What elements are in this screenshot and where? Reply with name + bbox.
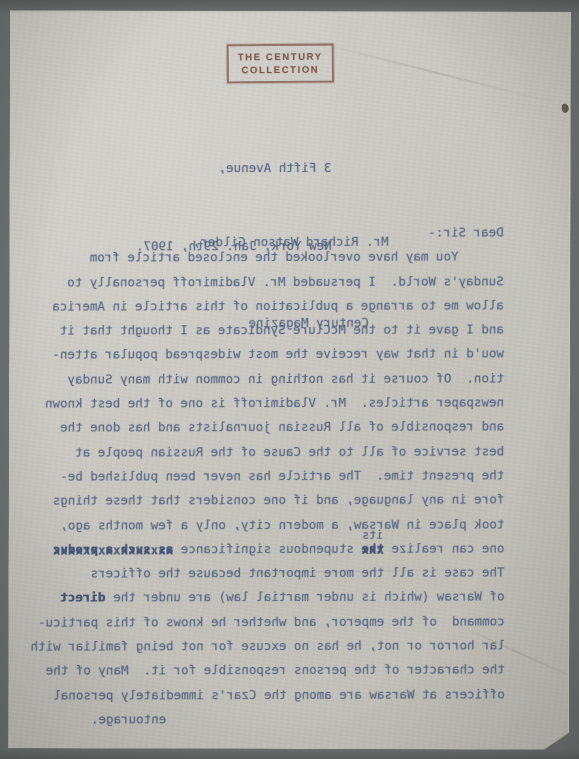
letter-line: allow me to arrange a publication of thi… [14,297,504,323]
typed-text: officers at Warsaw are among the Czar's … [53,686,505,702]
letter-body-lines: You may have overlooked the enclosed art… [14,249,505,736]
struck-text: theits [361,541,384,556]
letter-line: of Warsaw (which is under martial law) a… [15,589,505,615]
letter-paper: THE CENTURY COLLECTION 3 Fifth Avenue, N… [8,10,571,749]
letter-line: Sunday's World. I persuaded Mr. Vladimir… [14,273,504,299]
letter-line: and responsible of all Russian journalis… [14,419,504,445]
interlined-word: its [362,528,383,542]
letter-line: You may have overlooked the enclosed art… [14,249,504,275]
typed-text: one can realize [384,540,504,555]
typed-text: command of the emperor, and whether he k… [38,613,505,629]
typed-text: took place in Warsaw, a modern city, onl… [60,516,504,532]
typed-text: The case is all the more important becau… [91,565,505,581]
letter-line: command of the emperor, and whether he k… [15,613,505,639]
letter-line: and I gave it to the McClure Syndicate a… [14,322,504,348]
typed-text: lar horror or not, he has no excuse for … [31,637,505,653]
typed-text: of Warsaw (which is under martial law) a… [106,589,505,605]
letter-body: Dear Sir:- You may have overlooked the e… [14,224,505,736]
typed-text: You may have overlooked the enclosed art… [90,249,504,265]
typed-text: tion. Of course it has nothing in common… [67,370,504,386]
letter-line: took place in Warsaw, a modern city, onl… [14,516,504,542]
letter-line: one can realize theits stupendous signif… [14,540,504,566]
letter-line: lar horror or not, he has no excuse for … [15,637,505,663]
letter-line: wou'd in that way receive the most wides… [14,346,504,372]
typed-text: the present time. The article has never … [60,467,504,483]
letter-line: The case is all the more important becau… [14,565,504,591]
struck-text: as such a produc [53,541,173,556]
typed-text: and I gave it to the McClure Syndicate a… [60,322,504,338]
letter-line: the present time. The article has never … [14,467,504,493]
typed-text: allow me to arrange a publication of thi… [52,297,504,313]
typed-text: newspaper articles. Mr. Vladimiroff is o… [45,395,504,411]
mirrored-letter-content: 3 Fifth Avenue, New York, Jan. 29th, 190… [8,10,571,749]
typed-text: wou'd in that way receive the most wides… [52,346,504,362]
typed-text: Sunday's World. I persuaded Mr. Vladimir… [67,273,504,289]
typed-text: stupendous significance [173,541,361,556]
typed-text: fore in any language, and if one conside… [53,492,505,508]
letter-line: fore in any language, and if one conside… [14,492,504,518]
photo-backdrop: THE CENTURY COLLECTION 3 Fifth Avenue, N… [0,0,579,759]
overtyped-text: direct [61,590,106,605]
salutation: Dear Sir:- [14,224,504,250]
letter-line: the character of the persons responsible… [15,662,505,688]
typed-text: entourage. [91,710,505,726]
typed-text: best service of all to the Cause of the … [75,443,504,459]
letter-line: entourage. [15,710,505,736]
typed-text: the character of the persons responsible… [46,662,505,678]
letter-line: newspaper articles. Mr. Vladimiroff is o… [14,395,504,421]
letter-line: best service of all to the Cause of the … [14,443,504,469]
letter-line: officers at Warsaw are among the Czar's … [15,686,505,712]
typed-text: and responsible of all Russian journalis… [60,419,504,435]
letter-line: tion. Of course it has nothing in common… [14,370,504,396]
